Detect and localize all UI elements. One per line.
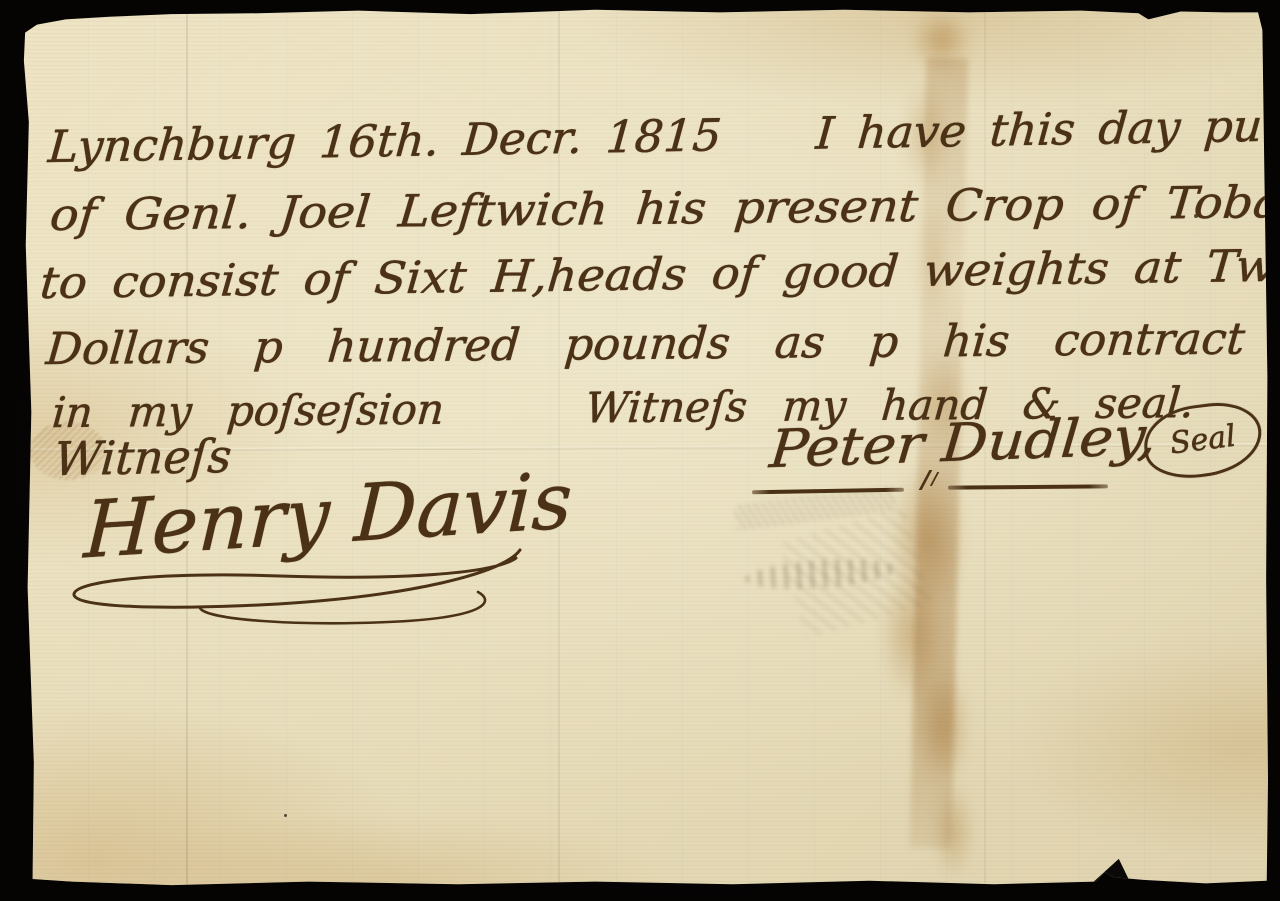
- signature-rule-right: [948, 484, 1108, 489]
- witness-label: Witneſs: [53, 433, 233, 482]
- paper-speck: [284, 814, 287, 817]
- manuscript-line-4: Dollars p hundred pounds as p his contra…: [44, 318, 1246, 372]
- signature-peter-dudley: Peter Dudley,: [768, 411, 1158, 477]
- manuscript-line-1: Lynchburg 16th. Decr. 1815 I have this d…: [47, 102, 1280, 170]
- bottom-edge-fold: [1089, 858, 1129, 884]
- manuscript-line-3: to consist of Sixt H,heads of good weigh…: [39, 243, 1280, 306]
- manuscript-paper: Lynchburg 16th. Decr. 1815 I have this d…: [22, 8, 1268, 886]
- signature-flourish: [48, 540, 538, 650]
- scanner-background: Lynchburg 16th. Decr. 1815 I have this d…: [0, 0, 1280, 901]
- seal-label: Seal: [1168, 422, 1237, 460]
- manuscript-line-2: of Genl. Joel Leftwich his present Crop …: [48, 180, 1280, 238]
